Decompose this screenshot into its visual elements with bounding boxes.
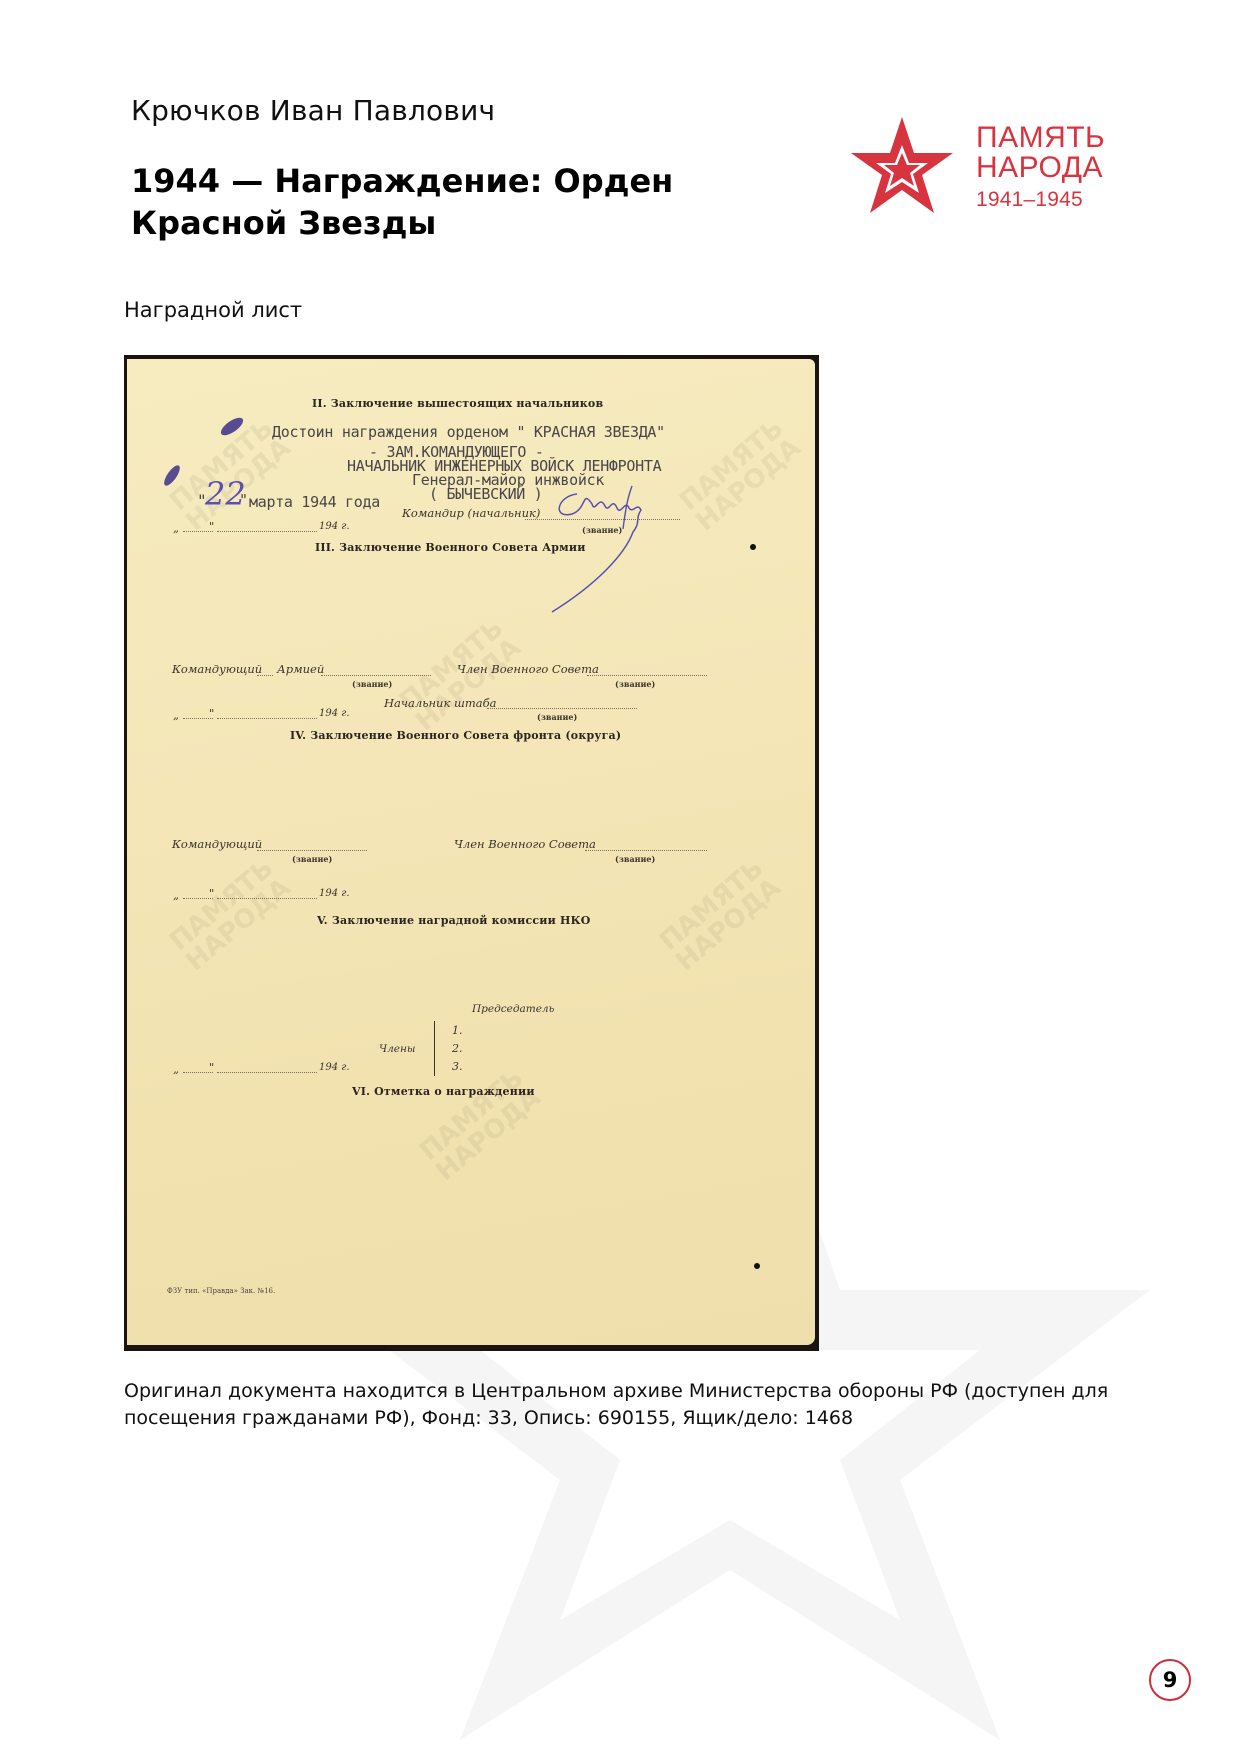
date-blank: 194 г.: [319, 708, 350, 719]
members-brace: [434, 1021, 435, 1076]
commander-label: Командующий: [172, 837, 262, 851]
rank-label: (звание): [615, 854, 655, 864]
member-3: 3.: [452, 1060, 463, 1073]
typed-line: Достоин награждения орденом " КРАСНАЯ ЗВ…: [272, 423, 665, 441]
punch-hole: [754, 1263, 760, 1269]
council-member-label: Член Военного Совета: [457, 662, 599, 676]
chief-of-staff-label: Начальник штаба: [384, 696, 497, 710]
section6-heading: VI. Отметка о награждении: [352, 1085, 535, 1098]
archive-caption: Оригинал документа находится в Центральн…: [124, 1378, 1124, 1432]
typed-line: ( БЫЧЕВСКИЙ ): [429, 485, 543, 503]
page-number: 9: [1149, 1659, 1191, 1701]
watermark: ПАМЯТЬНАРОДА: [415, 1064, 545, 1185]
pamyat-naroda-logo: ПАМЯТЬ НАРОДА 1941–1945: [850, 115, 1130, 225]
member-2: 2.: [452, 1042, 463, 1055]
punch-hole: [750, 544, 756, 550]
section-label: Наградной лист: [124, 298, 302, 322]
watermark: ПАМЯТЬНАРОДА: [675, 414, 805, 535]
logo-years: 1941–1945: [976, 188, 1105, 212]
rank-label: (звание): [292, 854, 332, 864]
award-sheet-scan: ПАМЯТЬНАРОДА ПАМЯТЬНАРОДА ПАМЯТЬНАРОДА П…: [124, 355, 819, 1351]
council-member-label: Член Военного Совета: [454, 837, 596, 851]
person-name: Крючков Иван Павлович: [131, 94, 495, 127]
section3-heading: III. Заключение Военного Совета Армии: [315, 541, 586, 554]
rank-label: (звание): [537, 712, 577, 722]
logo-line1: ПАМЯТЬ: [976, 123, 1105, 153]
commander-label: Командующий: [172, 662, 262, 676]
member-1: 1.: [452, 1024, 463, 1037]
watermark: ПАМЯТЬНАРОДА: [655, 854, 785, 975]
typed-date: марта 1944 года: [249, 493, 380, 511]
chairman-label: Председатель: [472, 1003, 554, 1015]
section5-heading: V. Заключение наградной комиссии НКО: [317, 914, 591, 927]
rank-label: (звание): [615, 679, 655, 689]
date-blank: 194 г.: [319, 1062, 350, 1073]
printer-mark: ФЗУ тип. «Правда» Зак. №16.: [167, 1287, 275, 1295]
members-label: Члены: [379, 1043, 415, 1055]
page-title: 1944 — Награждение: Орден Красной Звезды: [131, 160, 731, 244]
date-blank: 194 г.: [319, 888, 350, 899]
watermark: ПАМЯТЬНАРОДА: [165, 854, 295, 975]
section2-heading: II. Заключение вышестоящих начальников: [312, 397, 603, 410]
section4-heading: IV. Заключение Военного Совета фронта (о…: [290, 729, 621, 742]
logo-line2: НАРОДА: [976, 153, 1105, 183]
award-sheet-paper: ПАМЯТЬНАРОДА ПАМЯТЬНАРОДА ПАМЯТЬНАРОДА П…: [127, 359, 815, 1345]
commander-label: Командир (начальник): [402, 506, 540, 520]
date-blank: 194 г.: [319, 521, 350, 532]
rank-label: (звание): [352, 679, 392, 689]
logo-text: ПАМЯТЬ НАРОДА 1941–1945: [976, 123, 1105, 212]
red-star-icon: [850, 115, 955, 217]
army-label: Армией: [277, 662, 324, 676]
